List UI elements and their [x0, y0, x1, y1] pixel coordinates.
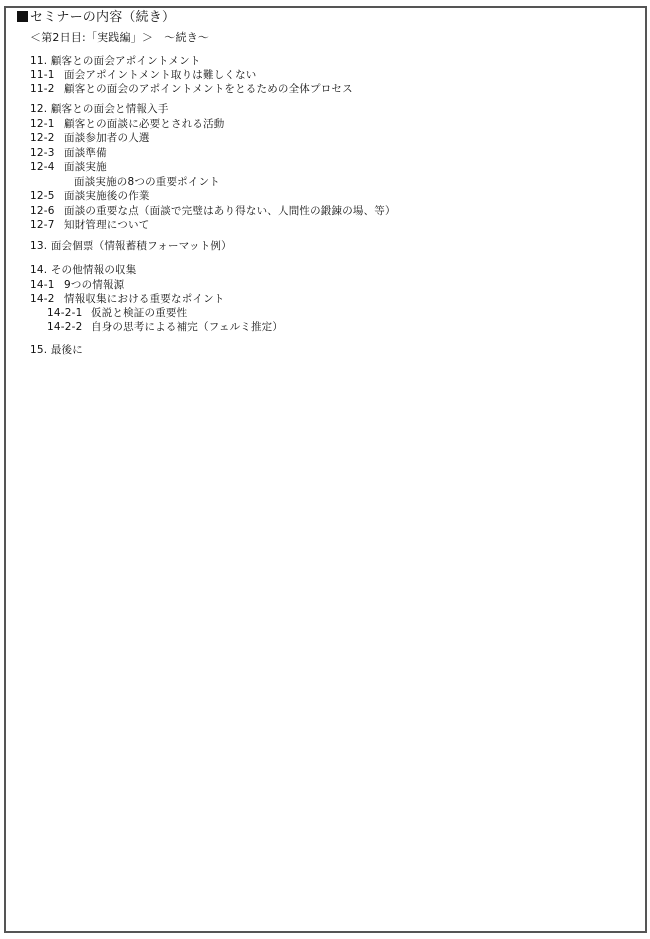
item-text: 面談準備 — [64, 147, 107, 159]
item-text: 情報収集における重要なポイント — [64, 293, 225, 305]
item-number: 14-2 — [30, 292, 64, 306]
section-title-12: 12. 顧客との面会と情報入手 — [30, 102, 169, 116]
section-title-15: 15. 最後に — [30, 343, 83, 357]
item-text: 面談実施 — [64, 161, 107, 173]
list-subitem: 面談実施の8つの重要ポイント — [74, 175, 220, 189]
item-number: 11-2 — [30, 82, 64, 96]
item-text: 9つの情報源 — [64, 279, 124, 291]
list-item: 14-2-2自身の思考による補完（フェルミ推定） — [47, 320, 283, 334]
item-number: 11-1 — [30, 68, 64, 82]
item-text: 面談参加者の人選 — [64, 132, 150, 144]
item-text: 知財管理について — [64, 219, 149, 231]
heading-text: セミナーの内容（続き） — [30, 10, 175, 25]
list-item: 11-2顧客との面会のアポイントメントをとるための全体プロセス — [30, 82, 353, 96]
item-text: 面談実施後の作業 — [64, 190, 150, 202]
item-text: 顧客との面会のアポイントメントをとるための全体プロセス — [64, 83, 353, 95]
item-number: 12-5 — [30, 189, 64, 203]
item-number: 12-1 — [30, 117, 64, 131]
item-number: 14-1 — [30, 278, 64, 292]
section-title-13: 13. 面会個票（情報蓄積フォーマット例） — [30, 239, 232, 253]
list-item: 11-1面会アポイントメント取りは難しくない — [30, 68, 257, 82]
item-text: 自身の思考による補完（フェルミ推定） — [91, 321, 283, 333]
list-item: 12-6面談の重要な点（面談で完璧はあり得ない、人間性の鍛錬の場、等） — [30, 204, 396, 218]
square-bullet-icon — [17, 11, 28, 22]
list-item: 12-5面談実施後の作業 — [30, 189, 150, 203]
item-number: 14-2-1 — [47, 306, 91, 320]
list-item: 14-19つの情報源 — [30, 278, 124, 292]
list-item: 12-2面談参加者の人選 — [30, 131, 150, 145]
list-item: 12-7知財管理について — [30, 218, 149, 232]
list-item: 14-2情報収集における重要なポイント — [30, 292, 225, 306]
item-text: 面会アポイントメント取りは難しくない — [64, 69, 257, 81]
item-number: 12-7 — [30, 218, 64, 232]
item-number: 14-2-2 — [47, 320, 91, 334]
item-number: 12-6 — [30, 204, 64, 218]
list-item: 12-4面談実施 — [30, 160, 107, 174]
item-text: 面談の重要な点（面談で完璧はあり得ない、人間性の鍛錬の場、等） — [64, 205, 396, 217]
list-item: 14-2-1仮説と検証の重要性 — [47, 306, 187, 320]
section-title-11: 11. 顧客との面会アポイントメント — [30, 54, 201, 68]
item-number: 12-4 — [30, 160, 64, 174]
section-title-14: 14. その他情報の収集 — [30, 263, 136, 277]
item-number: 12-2 — [30, 131, 64, 145]
day-subtitle: ＜第2日目:「実践編」＞ ～続き～ — [30, 31, 209, 45]
page-heading: セミナーの内容（続き） — [17, 10, 175, 26]
item-text: 顧客との面談に必要とされる活動 — [64, 118, 225, 130]
item-number: 12-3 — [30, 146, 64, 160]
item-text: 仮説と検証の重要性 — [91, 307, 187, 319]
list-item: 12-1顧客との面談に必要とされる活動 — [30, 117, 225, 131]
list-item: 12-3面談準備 — [30, 146, 107, 160]
